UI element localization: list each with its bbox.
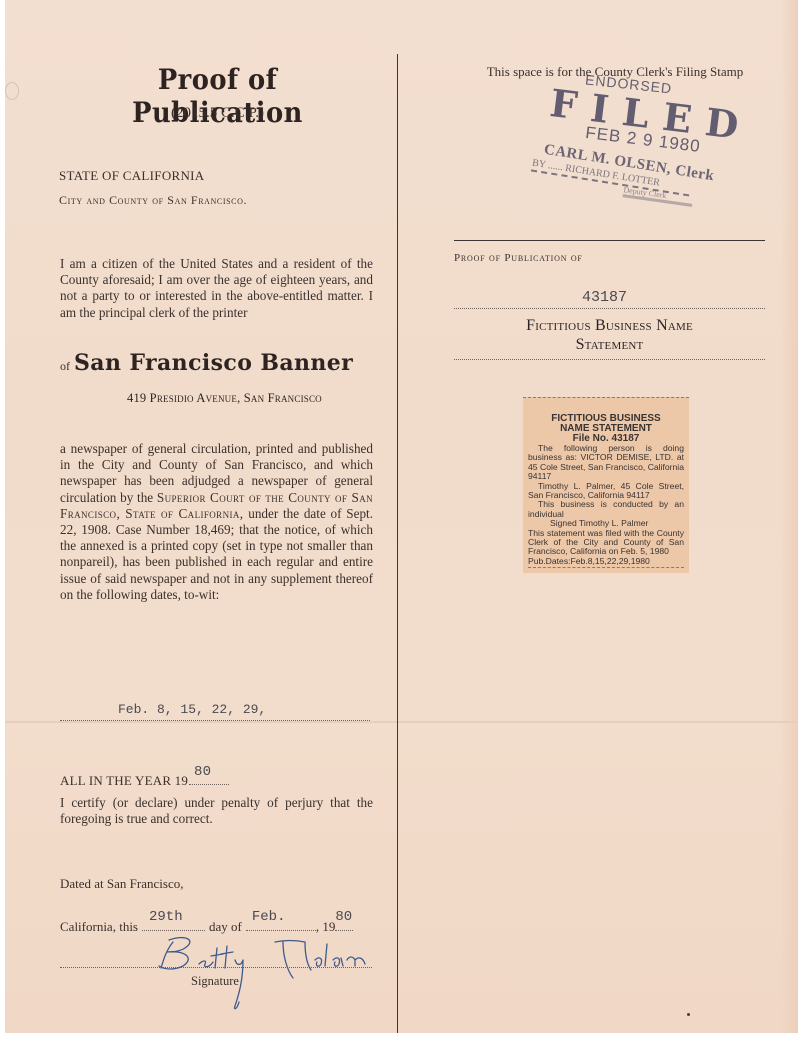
proof-of-publication-of-label: Proof of Publication of — [454, 252, 583, 264]
city-county-heading: City and County of San Francisco. — [59, 193, 247, 208]
section-rule — [454, 240, 765, 241]
clipping-paragraph-3: This business is conducted by an individ… — [528, 500, 684, 519]
month-field: Feb. — [246, 916, 316, 931]
year-field: 80 — [189, 770, 229, 785]
code-reference: (2015.5 C.C.P.) — [55, 105, 380, 122]
notice-title-underline — [454, 358, 765, 360]
certification-text: I certify (or declare) under penalty of … — [60, 795, 373, 827]
clipping-paragraph-2: Timothy L. Palmer, 45 Cole Street, San F… — [528, 482, 684, 501]
year2-field: 80 — [335, 916, 353, 931]
paper-stain — [5, 82, 19, 100]
filed-stamp: ENDORSED FILED FEB 2 9 1980 CARL M. OLSE… — [525, 70, 745, 210]
of-label: of — [60, 359, 70, 374]
year-value: 80 — [194, 764, 211, 780]
state-heading: STATE OF CALIFORNIA — [59, 168, 205, 184]
publication-dates-field: Feb. 8, 15, 22, 29, — [60, 704, 370, 721]
affidavit-body: a newspaper of general circulation, prin… — [60, 441, 373, 603]
newspaper-clipping: FICTITIOUS BUSINESS NAME STATEMENT File … — [523, 397, 689, 573]
notice-title-line2: Statement — [454, 335, 765, 354]
newspaper-address: 419 Presidio Avenue, San Francisco — [127, 391, 322, 406]
fold-line — [5, 721, 798, 723]
clipping-paragraph-4: This statement was filed with the County… — [528, 529, 684, 557]
day-field: 29th — [142, 916, 205, 931]
notice-title: Fictitious Business Name Statement — [454, 316, 765, 354]
clipping-pub-dates: Pub.Dates:Feb.8,15,22,29,1980 — [528, 557, 684, 568]
day-value: 29th — [149, 909, 183, 925]
filing-stamp-note: This space is for the County Clerk's Fil… — [445, 64, 785, 80]
month-value: Feb. — [252, 909, 286, 925]
file-number-value: 43187 — [582, 289, 627, 306]
dated-at: Dated at San Francisco, — [60, 876, 183, 892]
file-number-field: 43187 — [454, 293, 765, 309]
notice-title-line1: Fictitious Business Name — [454, 316, 765, 335]
publication-dates-value: Feb. 8, 15, 22, 29, — [118, 702, 266, 717]
document-page: Proof of Publication (2015.5 C.C.P.) STA… — [5, 0, 798, 1033]
newspaper-name-row: of San Francisco Banner — [60, 350, 353, 376]
year-row: ALL IN THE YEAR 19 80 — [60, 770, 229, 789]
clipping-paragraph-1: The following person is doing business a… — [528, 444, 684, 482]
paper-speck — [687, 1013, 690, 1016]
year-label: ALL IN THE YEAR 19 — [60, 773, 188, 789]
california-this-label: California, this — [60, 919, 138, 935]
year2-value: 80 — [335, 909, 352, 925]
column-divider — [397, 54, 398, 1033]
affidavit-intro: I am a citizen of the United States and … — [60, 256, 373, 321]
newspaper-name: San Francisco Banner — [74, 350, 353, 376]
handwritten-signature-icon — [155, 930, 385, 1010]
